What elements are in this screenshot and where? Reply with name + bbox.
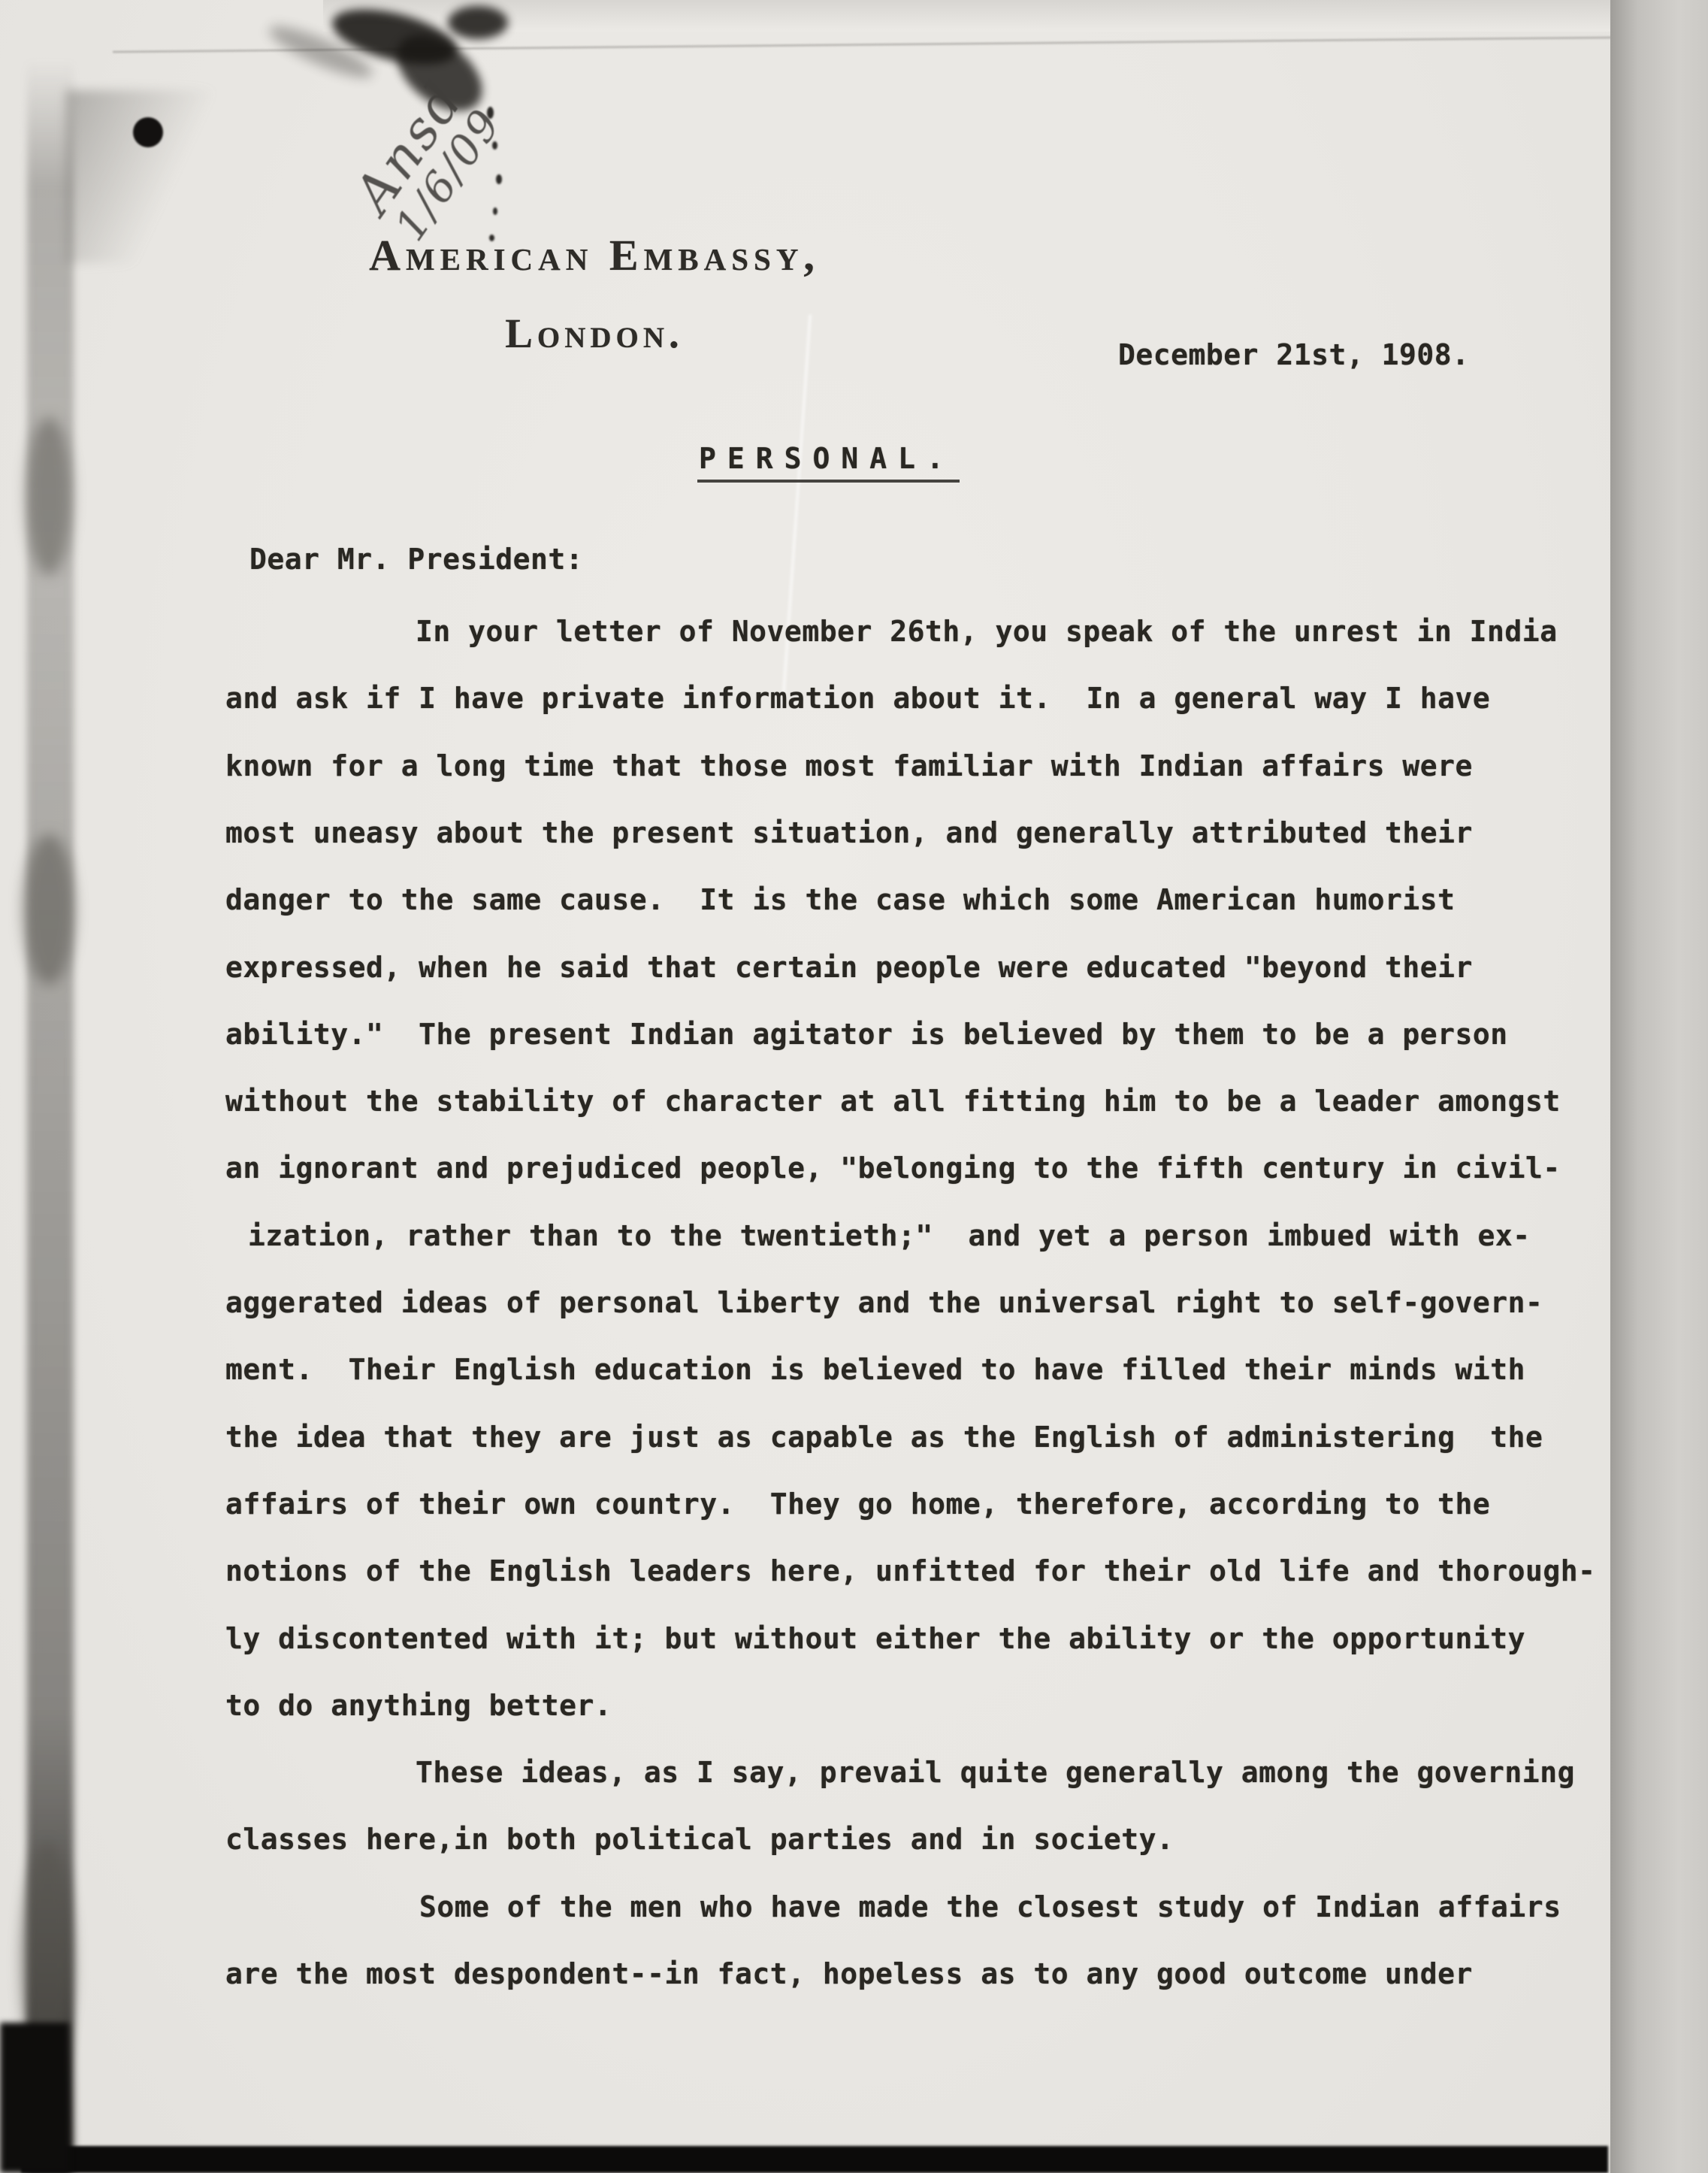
scan-corner-block <box>0 2023 69 2173</box>
letterhead-city: London. <box>320 310 869 357</box>
typed-line: the idea that they are just as capable a… <box>225 1421 1543 1454</box>
paper-corner-shadow <box>66 90 216 263</box>
typed-line: These ideas, as I say, prevail quite gen… <box>416 1756 1575 1789</box>
scan-bottom-bar <box>21 2146 1608 2173</box>
scan-top-band <box>323 0 1610 32</box>
scan-right-band <box>1610 0 1708 2173</box>
typed-line: most uneasy about the present situation,… <box>225 816 1473 849</box>
ink-drip-dot <box>496 174 502 184</box>
classification-heading: PERSONAL. <box>697 442 960 483</box>
typed-line: notions of the English leaders here, unf… <box>225 1554 1595 1587</box>
ink-drip-dot <box>493 207 497 215</box>
typed-line: classes here,in both political parties a… <box>225 1823 1174 1856</box>
typed-line: to do anything better. <box>225 1689 612 1722</box>
typed-line: ization, rather than to the twentieth;" … <box>248 1219 1531 1252</box>
typed-line: ment. Their English education is believe… <box>225 1353 1525 1386</box>
typed-line: without the stability of character at al… <box>225 1085 1561 1118</box>
date-line: December 21st, 1908. <box>1118 338 1470 371</box>
scanned-letter-page: Ansd 1/6/09 American Embassy, London. De… <box>0 0 1610 2173</box>
hole-punch-dot <box>133 117 163 147</box>
letterhead-embassy: American Embassy, <box>320 230 869 280</box>
typed-line: ly discontented with it; but without eit… <box>225 1622 1525 1655</box>
typed-line: expressed, when he said that certain peo… <box>225 951 1473 984</box>
typed-line: In your letter of November 26th, you spe… <box>416 615 1558 648</box>
typed-line: ability." The present Indian agitator is… <box>225 1018 1508 1051</box>
typed-line: Some of the men who have made the closes… <box>419 1890 1561 1923</box>
paper-edge-blotch <box>26 417 72 575</box>
typed-line: an ignorant and prejudiced people, "belo… <box>225 1152 1561 1185</box>
typed-line: danger to the same cause. It is the case… <box>225 883 1455 916</box>
typed-line: known for a long time that those most fa… <box>225 749 1473 782</box>
salutation: Dear Mr. President: <box>249 543 583 576</box>
typed-line: and ask if I have private information ab… <box>225 682 1490 715</box>
typed-line: are the most despondent--in fact, hopele… <box>225 1957 1473 1990</box>
typed-line: aggerated ideas of personal liberty and … <box>225 1286 1543 1319</box>
typed-line: affairs of their own country. They go ho… <box>225 1488 1490 1521</box>
paper-edge-blotch <box>23 834 75 985</box>
